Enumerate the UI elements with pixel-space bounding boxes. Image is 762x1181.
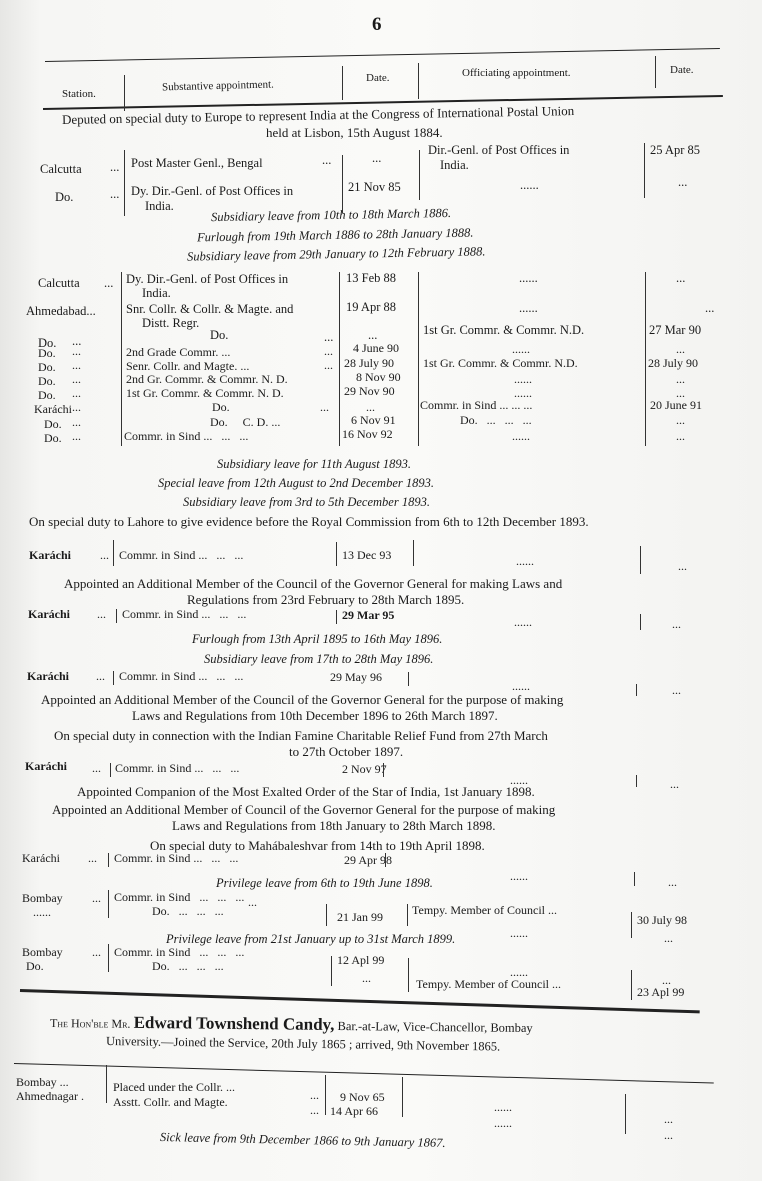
substantive-cell: India. [142, 286, 171, 300]
date-cell: 20 June 91 [650, 399, 702, 412]
date-cell: ... [678, 175, 687, 189]
station-cell: Karáchi [29, 549, 71, 562]
divider [640, 546, 641, 574]
divider [645, 272, 646, 446]
officiating-cell: ...... [494, 1101, 512, 1114]
date-cell: 29 Mar 95 [342, 609, 394, 622]
date-cell: 28 July 90 [648, 357, 698, 370]
station-cell: Karáchi [25, 760, 67, 773]
officer-name: Edward Townshend Candy, [134, 1013, 335, 1034]
leader-dots: ... [310, 1089, 319, 1102]
divider [110, 763, 111, 777]
substantive-cell: Commr. in Sind ... ... ... [119, 670, 243, 683]
station-cell: Do. [38, 347, 56, 360]
note: Appointed an Additional Member of the Co… [41, 692, 563, 708]
station-cell: Bombay ... [16, 1076, 69, 1089]
substantive-cell: 2nd Grade Commr. ... [126, 346, 230, 359]
substantive-cell: Do. [210, 328, 228, 342]
date-cell: 9 Nov 65 [340, 1091, 385, 1104]
divider [326, 904, 327, 926]
divider [407, 904, 408, 926]
date-cell: 12 Apl 99 [337, 954, 384, 967]
leader-dots: ... [72, 430, 81, 443]
officiating-cell: Tempy. Member of Council ... [412, 904, 557, 917]
leader-dots: ... [72, 345, 81, 358]
station-cell: Ahmedabad... [26, 304, 96, 318]
substantive-cell: Dy. Dir.-Genl. of Post Offices in [126, 272, 288, 286]
leader-dots: ... [72, 416, 81, 429]
divider [124, 75, 125, 111]
note: Appointed Companion of the Most Exalted … [77, 784, 535, 800]
date-cell: ... [678, 560, 687, 573]
leave-note: Privilege leave from 6th to 19th June 18… [216, 876, 433, 891]
leader-dots: ... [92, 762, 101, 775]
leave-note: Sick leave from 9th December 1866 to 9th… [160, 1130, 446, 1151]
divider [385, 853, 386, 867]
leader-dots: ... [324, 345, 333, 358]
substantive-cell: Commr. in Sind ... ... ... [122, 608, 246, 621]
station-cell: Bombay [22, 946, 63, 959]
note: On special duty in connection with the I… [54, 728, 548, 744]
divider [636, 775, 637, 787]
date-cell: 30 July 98 [637, 914, 687, 927]
note: Appointed an Additional Member of Counci… [52, 802, 555, 818]
substantive-cell: Dy. Dir.-Genl. of Post Offices in [131, 184, 293, 198]
date-cell: 6 Nov 91 [351, 414, 396, 427]
substantive-cell: Snr. Collr. & Collr. & Magte. and [126, 302, 293, 316]
leave-note: Special leave from 12th August to 2nd De… [158, 476, 434, 491]
date-cell: ... [676, 271, 685, 285]
officiating-cell: ...... [512, 343, 530, 356]
substantive-cell: Commr. in Sind ... ... ... [119, 549, 243, 562]
column-header-substantive: Substantive appointment. [162, 79, 274, 94]
date-cell: 2 Nov 97 [342, 763, 387, 776]
leave-note: Subsidiary leave from 29th January to 12… [187, 244, 486, 264]
leader-dots: ... [72, 359, 81, 372]
divider [106, 1065, 107, 1103]
note: to 27th October 1897. [289, 744, 403, 760]
divider [325, 1075, 326, 1115]
officiating-cell: Tempy. Member of Council ... [416, 978, 561, 991]
leave-note: Subsidiary leave from 10th to 18th March… [211, 206, 451, 225]
divider [342, 66, 343, 100]
substantive-cell: Do. [212, 401, 230, 414]
leave-note: Subsidiary leave for 11th August 1893. [217, 457, 411, 472]
officiating-cell: 1st Gr. Commr. & Commr. N.D. [423, 323, 584, 337]
date-cell: ... [664, 932, 673, 945]
note: Appointed an Additional Member of the Co… [64, 576, 562, 592]
officer-prefix: The Hon'ble Mr. [50, 1016, 131, 1031]
divider [331, 956, 332, 986]
page-number: 6 [372, 14, 382, 36]
leave-note: Furlough from 13th April 1895 to 16th Ma… [192, 632, 442, 647]
date-cell: 8 Nov 90 [356, 371, 401, 384]
divider [342, 155, 343, 213]
leader-dots: ... [310, 1104, 319, 1117]
divider [113, 540, 114, 566]
station-cell: Karáchi [27, 670, 69, 683]
date-cell: 21 Nov 85 [348, 180, 401, 194]
officiating-cell: ...... [519, 301, 538, 315]
divider [402, 1077, 403, 1117]
officiating-cell: 1st Gr. Commr. & Commr. N.D. [423, 357, 578, 370]
station-cell: Bombay [22, 892, 63, 905]
divider [339, 272, 340, 446]
station-cell: Calcutta [38, 276, 80, 290]
leader-dots: ... [324, 330, 333, 344]
date-cell: 13 Dec 93 [342, 549, 391, 562]
date-cell: ... [676, 373, 685, 386]
date-cell: ... [670, 778, 679, 791]
substantive-cell: Commr. in Sind ... ... ... [114, 946, 244, 959]
leader-dots: ... [104, 276, 113, 290]
leader-dots: ... [324, 359, 333, 372]
divider [631, 970, 632, 1000]
officer-title: Bar.-at-Law, Vice-Chancellor, Bombay [337, 1019, 532, 1035]
date-cell: ... [705, 301, 714, 315]
leader-dots: ... [72, 401, 81, 414]
note: On special duty to Lahore to give eviden… [29, 514, 589, 530]
date-cell: ... [664, 1129, 673, 1142]
leader-dots: ... [92, 892, 101, 905]
officiating-cell: ...... [514, 373, 532, 386]
officiating-cell: Do. ... ... ... [460, 414, 532, 427]
date-cell: 13 Feb 88 [346, 271, 396, 285]
leader-dots: ... [100, 549, 109, 562]
substantive-cell: Commr. in Sind ... ... ... [114, 891, 244, 904]
divider [108, 890, 109, 918]
station-cell: Do. [38, 375, 56, 388]
leader-dots: ... [97, 608, 106, 621]
divider [116, 609, 117, 623]
station-cell: Calcutta [40, 162, 82, 176]
date-cell: 29 May 96 [330, 671, 382, 684]
date-cell: ... [676, 414, 685, 427]
date-cell: ... [672, 618, 681, 631]
date-cell: ... [362, 972, 371, 985]
leader-dots: ... [110, 160, 119, 174]
station-cell: Karáchi [34, 403, 72, 416]
note: Laws and Regulations from 18th January t… [172, 818, 496, 834]
divider [655, 56, 656, 88]
substantive-cell: Commr. in Sind ... ... ... [124, 430, 248, 443]
divider [419, 150, 420, 200]
substantive-cell: 2nd Gr. Commr. & Commr. N. D. [126, 373, 288, 386]
divider [418, 63, 419, 99]
column-header-station: Station. [62, 88, 96, 100]
divider [121, 272, 122, 446]
date-cell: 28 July 90 [344, 357, 394, 370]
substantive-cell: Commr. in Sind ... ... ... [115, 762, 239, 775]
leave-note: Subsidiary leave from 17th to 28th May 1… [204, 652, 433, 667]
station-cell: Do. [38, 361, 56, 374]
date-cell: ... [372, 151, 381, 165]
divider [640, 614, 641, 630]
officiating-cell: ...... [519, 271, 538, 285]
officiating-cell: ...... [510, 870, 528, 883]
divider [336, 610, 337, 624]
officiating-cell: India. [440, 158, 469, 172]
substantive-cell: Do. C. D. ... [210, 416, 280, 429]
officiating-cell: ...... [514, 616, 532, 629]
date-cell: ... [664, 1113, 673, 1126]
document-page: 6 Station. Substantive appointment. Date… [0, 0, 762, 1181]
officiating-cell: Dir.-Genl. of Post Offices in [428, 143, 569, 157]
date-cell: ... [672, 684, 681, 697]
station-cell: Do. [55, 190, 73, 204]
divider [634, 872, 635, 886]
leader-dots: ... [72, 373, 81, 386]
date-cell: 19 Apr 88 [346, 300, 396, 314]
substantive-cell: Do. ... ... ... [152, 905, 224, 918]
date-cell: ... [368, 328, 377, 342]
leader-dots: ... [322, 153, 331, 167]
leader-dots: ... [96, 670, 105, 683]
divider [108, 944, 109, 972]
officiating-cell: ...... [510, 927, 528, 940]
leader-dots: ... [72, 387, 81, 400]
date-cell: 27 Mar 90 [649, 323, 701, 337]
substantive-cell: India. [145, 199, 174, 213]
divider [644, 143, 645, 198]
divider [383, 763, 384, 777]
divider [408, 958, 409, 992]
note: Laws and Regulations from 10th December … [132, 708, 498, 724]
leave-note: Furlough from 19th March 1886 to 28th Ja… [197, 226, 474, 246]
divider [113, 671, 114, 685]
date-cell: 25 Apr 85 [650, 143, 700, 157]
leader-dots: ... [110, 187, 119, 201]
divider [124, 150, 125, 216]
leader-dots: ... [248, 896, 257, 909]
leader-dots: ... [92, 946, 101, 959]
divider [336, 542, 337, 566]
substantive-cell: Do. ... ... ... [152, 960, 224, 973]
divider [413, 540, 414, 566]
substantive-cell: Distt. Regr. [142, 316, 199, 330]
section-separator [20, 989, 700, 1013]
divider [636, 684, 637, 696]
station-cell: Do. [44, 418, 62, 431]
station-cell: Ahmednagar . [16, 1090, 84, 1103]
divider [418, 272, 419, 446]
date-cell: 29 Nov 90 [344, 385, 395, 398]
station-cell: Karáchi [22, 852, 60, 865]
divider [625, 1094, 626, 1134]
date-cell: 23 Apl 99 [637, 986, 684, 999]
date-cell: 21 Jan 99 [337, 911, 383, 924]
officiating-cell: Commr. in Sind ... ... ... [420, 399, 532, 412]
divider [408, 672, 409, 686]
station-cell: Do. [26, 960, 44, 973]
substantive-cell: Asstt. Collr. and Magte. [113, 1096, 228, 1109]
substantive-cell: Post Master Genl., Bengal [131, 156, 263, 170]
leader-dots: ... [320, 401, 329, 414]
officiating-cell: ...... [520, 178, 539, 192]
station-cell: Karáchi [28, 608, 70, 621]
header-top-rule [45, 48, 720, 62]
officiating-cell: ...... [516, 555, 534, 568]
station-cell: Do. [44, 432, 62, 445]
station-cell: Do. [38, 389, 56, 402]
substantive-cell: Placed under the Collr. ... [113, 1081, 235, 1094]
divider [631, 912, 632, 938]
date-cell: 4 June 90 [353, 342, 399, 355]
date-cell: 16 Nov 92 [342, 428, 393, 441]
station-cell: ...... [33, 906, 51, 919]
date-cell: 14 Apr 66 [330, 1105, 378, 1118]
column-header-date: Date. [366, 72, 390, 84]
column-header-officiating: Officiating appointment. [462, 67, 571, 79]
leader-dots: ... [88, 852, 97, 865]
date-cell: ... [676, 343, 685, 356]
date-cell: ... [676, 430, 685, 443]
divider [108, 853, 109, 867]
substantive-cell: 1st Gr. Commr. & Commr. N. D. [126, 387, 284, 400]
date-cell: ... [668, 876, 677, 889]
note: held at Lisbon, 15th August 1884. [266, 125, 443, 141]
officer-service-line: University.—Joined the Service, 20th Jul… [106, 1034, 500, 1055]
substantive-cell: Commr. in Sind ... ... ... [114, 852, 238, 865]
officiating-cell: ...... [512, 430, 530, 443]
officiating-cell: ...... [494, 1117, 512, 1130]
note: Regulations from 23rd February to 28th M… [187, 592, 464, 608]
leave-note: Subsidiary leave from 3rd to 5th Decembe… [183, 495, 430, 510]
column-header-date: Date. [670, 64, 694, 76]
